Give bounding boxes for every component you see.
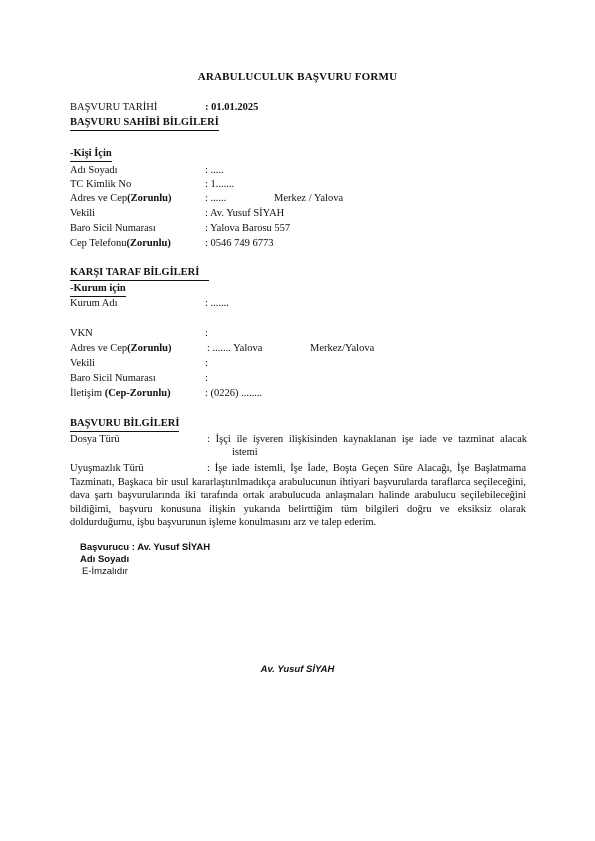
counterparty-subheading: -Kurum için: [70, 282, 126, 297]
applicant-tc-value: : 1.......: [205, 178, 234, 191]
form-title: ARABULUCULUK BAŞVURU FORMU: [0, 71, 595, 84]
counterparty-vkn-label: VKN: [70, 327, 93, 340]
counterparty-address-label: Adres ve Cep(Zorunlu): [70, 342, 172, 355]
file-type-value-line2: istemi: [232, 446, 258, 459]
applicant-tc-label: TC Kimlik No: [70, 178, 131, 191]
applicant-attorney-label: Vekili: [70, 207, 95, 220]
dispute-type-paragraph: Uyuşmazlık Türü: İşe iade istemli, İşe İ…: [70, 462, 526, 530]
applicant-attorney-value: : Av. Yusuf SİYAH: [205, 207, 284, 220]
counterparty-bar-label: Baro Sicil Numarası: [70, 372, 156, 385]
applicant-subheading: -Kişi İçin: [70, 147, 112, 162]
counterparty-vkn-value: :: [205, 327, 208, 340]
counterparty-bar-value: :: [205, 372, 208, 385]
applicant-bar-value: : Yalova Barosu 557: [205, 222, 290, 235]
counterparty-attorney-label: Vekili: [70, 357, 95, 370]
counterparty-contact-value: : (0226) ........: [205, 387, 262, 400]
e-signed-note: E-İmzalıdır: [82, 566, 128, 578]
application-info-heading: BAŞVURU BİLGİLERİ: [70, 417, 179, 432]
applicant-address-district: Merkez / Yalova: [274, 192, 343, 205]
applicant-name-value: : .....: [205, 164, 224, 177]
counterparty-address-district: Merkez/Yalova: [310, 342, 374, 355]
applicant-section-heading: BAŞVURU SAHİBİ BİLGİLERİ: [70, 116, 219, 131]
application-date-label: BAŞVURU TARİHİ: [70, 101, 157, 114]
signature-name-label: Adı Soyadı: [80, 554, 129, 566]
counterparty-section-heading: KARŞI TARAF BİLGİLERİ: [70, 266, 209, 281]
applicant-bar-label: Baro Sicil Numarası: [70, 222, 156, 235]
counterparty-attorney-value: :: [205, 357, 208, 370]
applicant-phone-label: Cep Telefonu(Zorunlu): [70, 237, 171, 250]
applicant-address-label: Adres ve Cep(Zorunlu): [70, 192, 172, 205]
applicant-phone-value: : 0546 749 6773: [205, 237, 274, 250]
counterparty-contact-label: İletişim (Cep-Zorunlu): [70, 387, 171, 400]
file-type-label: Dosya Türü: [70, 433, 120, 446]
applicant-address-value: : ......: [205, 192, 226, 205]
counterparty-address-value: : ....... Yalova: [207, 342, 262, 355]
applicant-name-label: Adı Soyadı: [70, 164, 118, 177]
application-date-value: : 01.01.2025: [205, 101, 258, 114]
counterparty-org-label: Kurum Adı: [70, 297, 118, 310]
applicant-signature-line: Başvurucu : Av. Yusuf SİYAH: [80, 542, 210, 554]
dispute-type-label: Uyuşmazlık Türü: [70, 462, 207, 476]
file-type-value-line1: : İşçi ile işveren ilişkisinden kaynakla…: [207, 433, 527, 446]
signer-name: Av. Yusuf SİYAH: [0, 663, 595, 676]
counterparty-org-value: : .......: [205, 297, 229, 310]
